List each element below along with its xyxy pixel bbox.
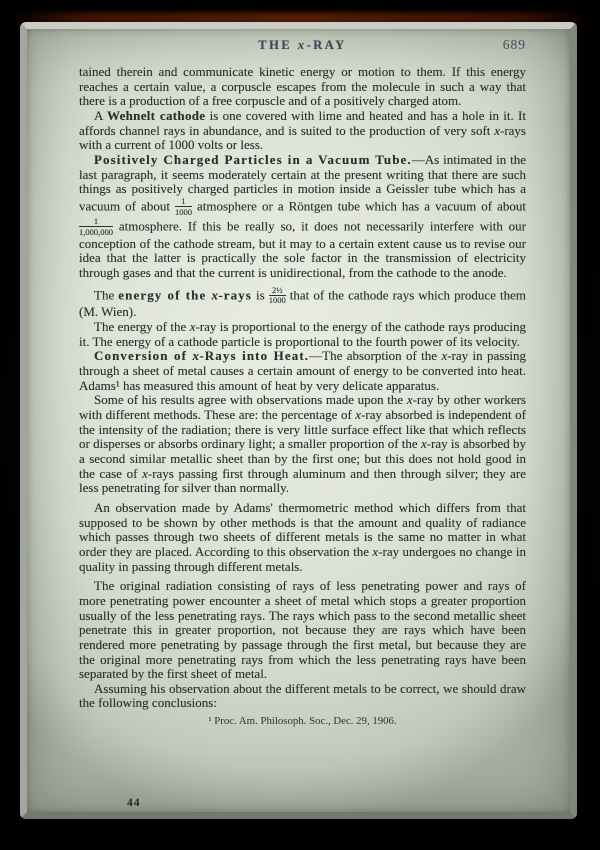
paragraph: Conversion of x-Rays into Heat.—The abso…: [79, 349, 526, 393]
text-segment: -rays: [218, 287, 252, 302]
footnote: ¹ Proc. Am. Philosoph. Soc., Dec. 29, 19…: [79, 715, 526, 727]
text-segment: Assuming his observation about the diffe…: [79, 681, 526, 711]
text-segment: is: [252, 287, 269, 302]
signature-mark: 44: [127, 797, 141, 809]
text-segment: Conversion of: [94, 348, 193, 363]
fraction: 11000: [175, 197, 192, 217]
paragraph: tained therein and communicate kinetic e…: [79, 65, 526, 109]
paragraph: An observation made by Adams' thermometr…: [79, 501, 526, 574]
text-segment: energy of the: [118, 287, 211, 302]
text-block: tained therein and communicate kinetic e…: [79, 65, 526, 711]
text-segment: x: [298, 38, 307, 52]
text-segment: -RAY: [307, 38, 347, 52]
fraction: 2½1000: [269, 286, 286, 306]
page-number: 689: [503, 37, 526, 53]
page-content: THE x-RAY 689 tained therein and communi…: [27, 29, 570, 812]
paragraph: Some of his results agree with observati…: [79, 393, 526, 496]
paragraph: Assuming his observation about the diffe…: [79, 682, 526, 711]
text-segment: The: [94, 287, 118, 302]
book-page: THE x-RAY 689 tained therein and communi…: [20, 22, 577, 819]
running-title: THE x-RAY: [79, 38, 526, 53]
paragraph: A Wehnelt cathode is one covered with li…: [79, 109, 526, 153]
text-segment: atmosphere. If this be really so, it doe…: [79, 218, 526, 280]
text-segment: atmosphere or a Röntgen tube which has a…: [192, 198, 526, 213]
text-segment: —The absorption of the: [309, 348, 441, 363]
fraction: 11,000,000: [79, 217, 113, 237]
text-segment: Positively Charged Particles in a Vacuum…: [94, 152, 412, 167]
paragraph: The original radiation consisting of ray…: [79, 579, 526, 682]
text-segment: THE: [258, 38, 298, 52]
paragraph: Positively Charged Particles in a Vacuum…: [79, 153, 526, 281]
paragraph: The energy of the x-ray is proportional …: [79, 320, 526, 349]
paragraph: The energy of the x-rays is 2½1000 that …: [79, 286, 526, 321]
text-segment: The original radiation consisting of ray…: [79, 578, 526, 681]
text-segment: tained therein and communicate kinetic e…: [79, 64, 526, 108]
text-segment: Some of his results agree with observati…: [94, 392, 407, 407]
text-segment: The energy of the: [94, 319, 190, 334]
running-header: THE x-RAY 689: [79, 35, 526, 57]
text-segment: -Rays into Heat.: [199, 348, 309, 363]
text-segment: A: [94, 108, 107, 123]
text-segment: Wehnelt cathode: [107, 108, 205, 123]
